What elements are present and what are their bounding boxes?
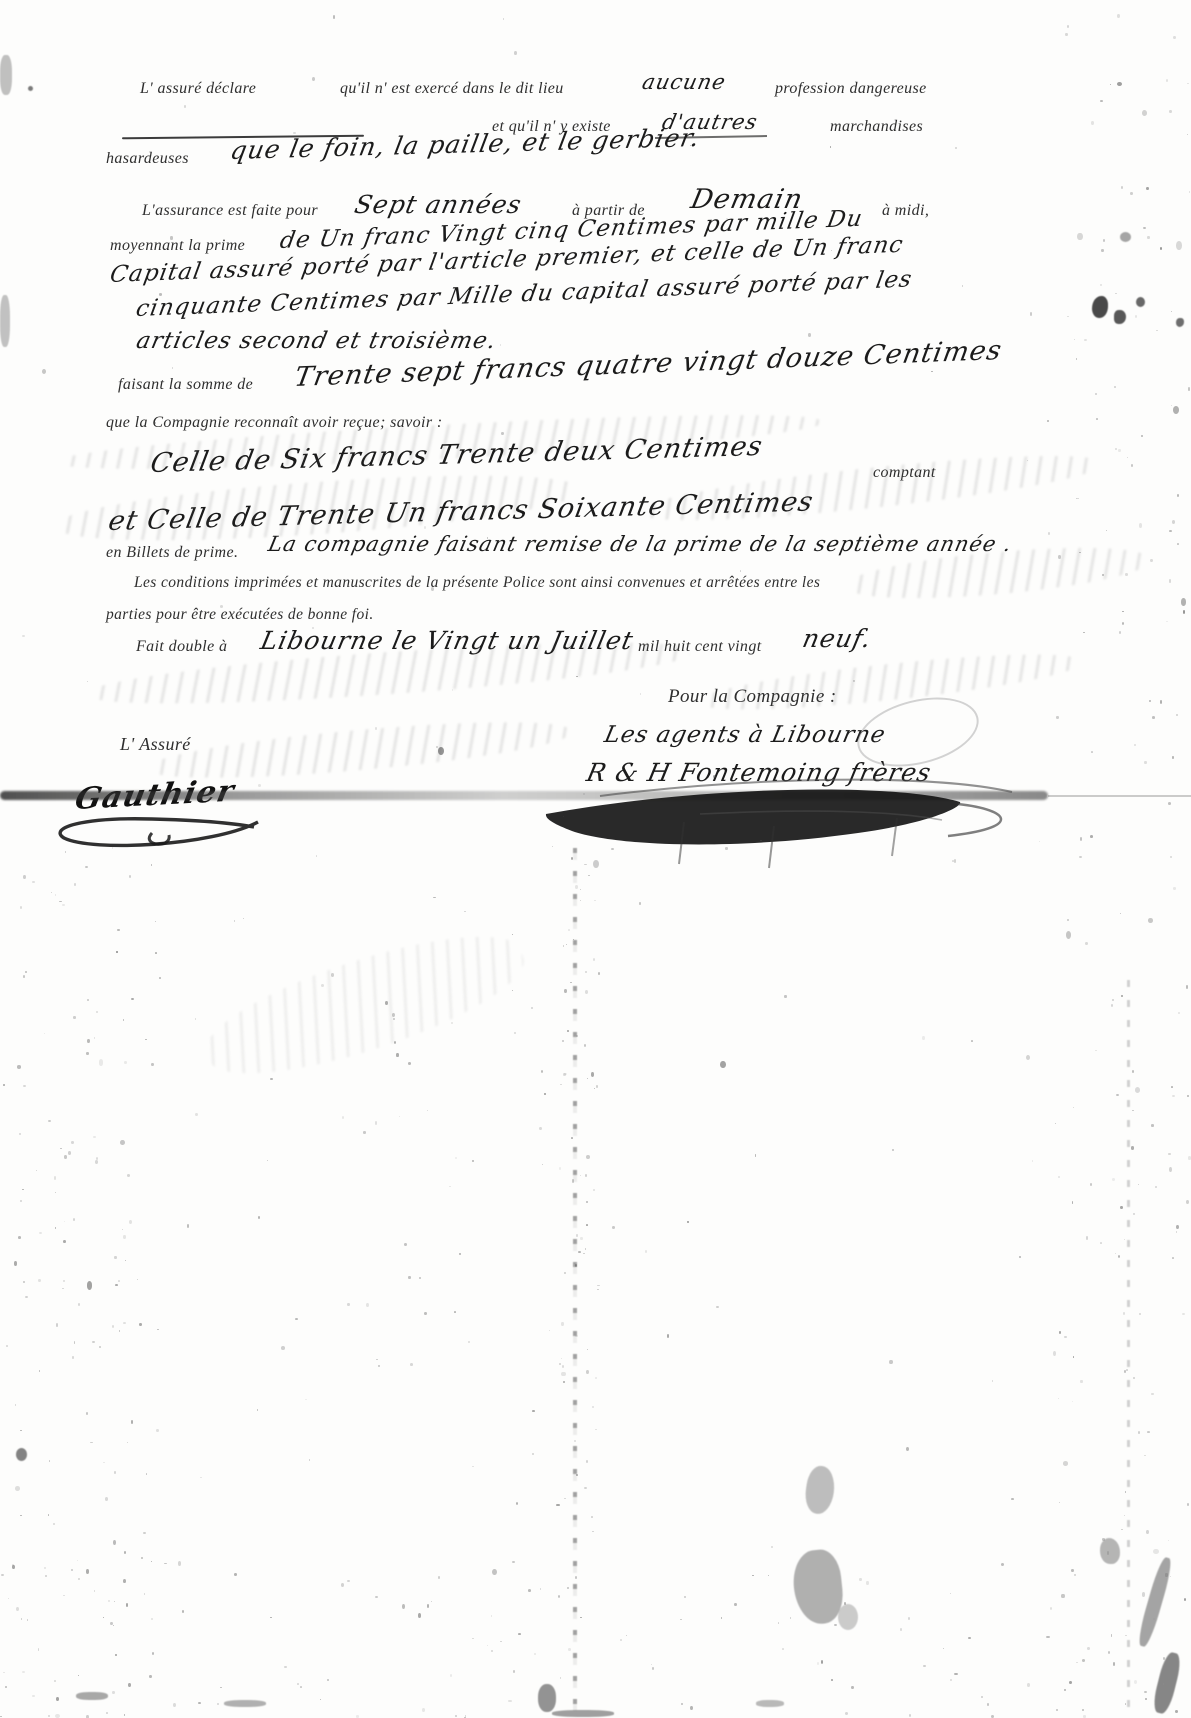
- speck: [687, 1221, 690, 1223]
- speck: [620, 1639, 622, 1641]
- ink-blot: [1136, 297, 1145, 307]
- vertical-fold-crease-right: [1127, 980, 1130, 1718]
- speck: [817, 1662, 819, 1665]
- speck: [1186, 1200, 1189, 1204]
- speck: [320, 1699, 321, 1700]
- speck: [145, 1039, 147, 1040]
- speck: [427, 1110, 428, 1111]
- speck: [106, 1712, 108, 1714]
- speck: [49, 1460, 50, 1462]
- speck: [1149, 700, 1151, 703]
- speck: [312, 77, 315, 81]
- speck: [63, 1595, 65, 1597]
- speck: [981, 1696, 983, 1698]
- speck: [63, 1240, 65, 1243]
- speck: [1059, 1331, 1061, 1333]
- speck: [1124, 1239, 1125, 1240]
- speck: [257, 1409, 258, 1410]
- speck: [667, 1334, 670, 1338]
- speck: [71, 1141, 74, 1144]
- speck: [92, 1341, 95, 1343]
- speck: [690, 1706, 693, 1710]
- speck: [143, 1532, 146, 1535]
- speck: [585, 1174, 587, 1176]
- speck: [48, 1715, 50, 1717]
- speck: [1187, 134, 1188, 135]
- speck: [155, 921, 156, 922]
- speck: [6, 1345, 8, 1347]
- speck: [86, 1052, 88, 1055]
- speck: [652, 1667, 654, 1669]
- speck: [94, 1590, 96, 1592]
- speck: [39, 1370, 40, 1372]
- speck: [1067, 316, 1069, 317]
- speck: [1091, 121, 1094, 125]
- speck: [120, 1140, 125, 1145]
- speck: [87, 1281, 93, 1290]
- speck: [105, 1497, 108, 1501]
- speck: [152, 1652, 154, 1655]
- speck: [1085, 942, 1088, 945]
- speck: [1187, 1095, 1189, 1097]
- speck: [1187, 83, 1189, 85]
- ink-blot: [1114, 310, 1126, 324]
- speck: [831, 1679, 833, 1681]
- speck: [1176, 1231, 1178, 1233]
- speck: [1113, 1662, 1116, 1666]
- speck: [184, 105, 186, 107]
- speck: [542, 1164, 543, 1166]
- speck: [716, 1306, 719, 1309]
- speck: [1063, 1461, 1069, 1465]
- speck: [22, 635, 25, 638]
- speck: [1056, 716, 1059, 718]
- speck: [681, 1703, 683, 1705]
- speck: [99, 1346, 100, 1348]
- speck: [123, 1235, 126, 1238]
- speck: [424, 1312, 427, 1316]
- printed-duration-1: L'assurance est faite pour: [142, 202, 318, 220]
- speck: [561, 1358, 562, 1359]
- speck: [375, 1121, 377, 1124]
- speck: [217, 1703, 219, 1705]
- speck: [187, 1224, 190, 1228]
- dark-streak: [1136, 1556, 1175, 1648]
- speck: [56, 1697, 59, 1701]
- speck: [1067, 919, 1068, 921]
- speck: [455, 1157, 457, 1159]
- speck: [1115, 293, 1117, 295]
- speck: [592, 1531, 593, 1533]
- speck: [923, 1665, 925, 1667]
- speck: [1101, 249, 1103, 252]
- speck: [77, 1560, 78, 1561]
- speck: [1160, 247, 1162, 250]
- speck: [503, 18, 504, 20]
- speck: [1112, 1178, 1115, 1181]
- speck: [487, 1645, 488, 1646]
- speck: [44, 1567, 47, 1569]
- speck: [68, 1151, 71, 1155]
- speck: [115, 1654, 117, 1656]
- speck: [25, 1296, 28, 1298]
- handwritten-duration: Sept années: [352, 190, 525, 219]
- speck: [270, 1078, 273, 1080]
- speck: [55, 1192, 57, 1193]
- speck: [512, 1561, 515, 1563]
- speck: [564, 989, 567, 993]
- speck: [139, 1323, 142, 1327]
- speck: [131, 998, 134, 1000]
- speck: [1186, 985, 1189, 989]
- speck: [1173, 887, 1176, 889]
- speck: [347, 1580, 349, 1582]
- speck: [651, 1664, 652, 1666]
- speck: [3, 1084, 5, 1086]
- scanned-document-page: L' assuré déclare qu'il n' est exercé da…: [0, 0, 1191, 1718]
- speck: [128, 1683, 131, 1687]
- speck: [1082, 1659, 1085, 1662]
- speck: [71, 1569, 74, 1572]
- speck: [563, 1073, 565, 1076]
- speck: [78, 1303, 80, 1305]
- speck: [1142, 1592, 1145, 1596]
- speck: [404, 1243, 407, 1246]
- speck: [584, 1487, 587, 1489]
- speck: [56, 1323, 58, 1326]
- speck: [1133, 1213, 1135, 1214]
- speck: [586, 1201, 588, 1204]
- speck: [595, 1429, 597, 1431]
- speck: [1175, 1710, 1178, 1713]
- speck: [376, 1359, 377, 1360]
- speck: [1095, 393, 1097, 395]
- speck: [427, 1604, 430, 1608]
- speck: [60, 1148, 62, 1149]
- speck: [114, 1601, 115, 1602]
- speck: [1115, 448, 1117, 450]
- printed-duration-3: à midi,: [882, 202, 929, 220]
- speck: [900, 1628, 902, 1631]
- speck: [1117, 82, 1122, 87]
- bottom-smudge: [538, 1684, 556, 1712]
- speck: [1119, 631, 1121, 634]
- speck: [528, 1589, 531, 1592]
- speck: [1073, 1107, 1074, 1108]
- speck: [1064, 1336, 1066, 1338]
- speck: [1168, 1540, 1169, 1541]
- speck: [72, 1356, 74, 1358]
- speck: [137, 1279, 138, 1281]
- speck: [1146, 1530, 1149, 1534]
- speck: [1074, 1574, 1077, 1576]
- speck: [1127, 457, 1128, 458]
- speck: [1176, 1225, 1179, 1229]
- printed-sum-label: faisant la somme de: [118, 376, 253, 394]
- speck: [0, 1716, 2, 1717]
- speck: [450, 1674, 452, 1677]
- speck: [518, 1633, 521, 1635]
- ink-blot: [1092, 296, 1108, 318]
- speck: [1153, 1549, 1159, 1555]
- speck: [108, 1600, 110, 1602]
- speck: [598, 972, 600, 975]
- speck: [564, 1073, 566, 1075]
- edge-smudge: [0, 295, 10, 347]
- speck: [491, 1650, 493, 1652]
- speck: [580, 900, 581, 901]
- printed-hasardeuses: hasardeuses: [106, 150, 189, 168]
- speck: [955, 147, 957, 149]
- speck: [198, 1702, 201, 1704]
- speck: [492, 1569, 497, 1575]
- speck: [127, 1442, 128, 1443]
- speck: [131, 1420, 133, 1424]
- speck: [1173, 36, 1176, 39]
- speck: [418, 1613, 421, 1618]
- edge-smudge: [0, 55, 12, 95]
- speck: [587, 1078, 588, 1079]
- speck: [1121, 186, 1123, 189]
- speck: [532, 1410, 534, 1412]
- speck: [48, 1514, 50, 1516]
- speck: [1083, 1715, 1086, 1717]
- speck: [124, 1061, 127, 1065]
- speck: [55, 1227, 56, 1229]
- speck: [87, 681, 88, 682]
- speck: [1067, 25, 1069, 28]
- speck: [451, 1022, 453, 1024]
- speck: [327, 1679, 329, 1680]
- speck: [558, 1595, 560, 1598]
- speck: [971, 1040, 973, 1042]
- speck: [1116, 1094, 1119, 1096]
- speck: [125, 1260, 127, 1261]
- speck: [968, 1637, 970, 1639]
- speck: [464, 911, 465, 912]
- speck: [540, 1588, 541, 1590]
- speck: [1122, 611, 1124, 613]
- speck: [1084, 339, 1087, 341]
- speck: [1170, 1576, 1171, 1577]
- speck: [472, 1638, 475, 1640]
- speck: [73, 1218, 75, 1221]
- speck: [103, 1462, 104, 1463]
- ink-blot: [1176, 318, 1184, 327]
- speck: [90, 1442, 93, 1444]
- speck: [1183, 610, 1185, 613]
- speck: [151, 1561, 152, 1562]
- speck: [721, 1617, 723, 1619]
- speck: [500, 344, 501, 346]
- speck: [1100, 284, 1101, 285]
- speck: [755, 1154, 757, 1156]
- handwritten-year: neuf.: [800, 624, 874, 653]
- speck: [1147, 1431, 1150, 1433]
- speck: [1026, 1055, 1030, 1060]
- speck: [790, 1617, 792, 1619]
- speck: [1172, 756, 1174, 758]
- speck: [305, 1399, 306, 1400]
- speck: [1187, 1503, 1190, 1506]
- speck: [38, 1648, 40, 1651]
- speck: [1115, 1253, 1116, 1254]
- speck: [1077, 498, 1079, 499]
- speck: [1130, 192, 1133, 195]
- speck: [560, 1084, 561, 1085]
- speck: [1121, 1529, 1123, 1530]
- speck: [512, 934, 513, 935]
- speck: [943, 1648, 944, 1649]
- speck: [1160, 700, 1163, 703]
- speck: [585, 1248, 586, 1250]
- speck: [516, 1502, 518, 1505]
- speck: [1169, 530, 1172, 532]
- speck: [514, 51, 517, 55]
- speck: [561, 1322, 563, 1325]
- speck: [20, 1200, 22, 1202]
- speck: [95, 1160, 98, 1164]
- speck: [25, 971, 28, 973]
- speck: [86, 1412, 88, 1415]
- speck: [1103, 239, 1105, 242]
- speck: [564, 1272, 566, 1275]
- speck: [1169, 579, 1172, 583]
- speck: [23, 1281, 25, 1283]
- speck: [585, 971, 587, 972]
- speck: [449, 1186, 451, 1187]
- speck: [151, 1618, 153, 1620]
- speck: [1001, 1563, 1004, 1566]
- speck: [1048, 532, 1050, 535]
- speck: [834, 1624, 837, 1626]
- speck: [584, 1044, 586, 1047]
- printed-declaration-intro: L' assuré déclare: [140, 80, 256, 98]
- speck: [1166, 621, 1168, 623]
- speck: [200, 1477, 202, 1478]
- speck: [1124, 1515, 1125, 1516]
- speck: [1142, 110, 1147, 116]
- speck: [1184, 1598, 1186, 1601]
- speck: [164, 1563, 166, 1564]
- speck: [151, 1063, 154, 1066]
- speck: [1027, 1683, 1030, 1687]
- speck: [123, 1579, 126, 1583]
- speck: [1131, 1146, 1135, 1150]
- speck: [468, 1341, 469, 1343]
- speck: [992, 1380, 994, 1382]
- speck: [281, 1346, 285, 1350]
- speck: [297, 1683, 300, 1685]
- speck: [39, 1232, 42, 1234]
- speck: [156, 1429, 159, 1432]
- printed-profession-dangereuse: profession dangereuse: [775, 80, 927, 98]
- speck: [559, 1167, 561, 1171]
- speck: [459, 1253, 461, 1254]
- speck: [559, 1363, 561, 1365]
- speck: [127, 1174, 130, 1177]
- speck: [1050, 1607, 1052, 1610]
- speck: [594, 1088, 595, 1089]
- speck: [110, 1622, 112, 1625]
- speck: [267, 1160, 268, 1162]
- speck: [1139, 1313, 1141, 1315]
- speck: [124, 1714, 126, 1716]
- printed-conditions-2: parties pour être exécutées de bonne foi…: [106, 606, 374, 624]
- speck: [22, 1189, 24, 1190]
- speck: [59, 901, 62, 903]
- speck: [20, 1515, 21, 1516]
- speck: [1076, 1662, 1078, 1663]
- speck: [500, 1641, 502, 1642]
- agents-line: Les agents à Libourne: [602, 722, 888, 748]
- speck: [1047, 420, 1049, 422]
- speck: [1172, 1257, 1174, 1259]
- speck: [21, 1618, 23, 1620]
- speck: [1032, 1160, 1033, 1162]
- speck: [1151, 1124, 1154, 1126]
- speck: [116, 951, 117, 952]
- speck: [115, 1284, 117, 1286]
- bottom-smudge: [76, 1692, 108, 1700]
- speck: [408, 1276, 410, 1279]
- speck: [149, 1675, 152, 1679]
- gray-stain: [803, 1464, 837, 1515]
- speck: [356, 1715, 359, 1717]
- speck: [465, 1715, 466, 1717]
- handwritten-premium-4: articles second et troisième.: [134, 328, 499, 354]
- speck: [5, 1686, 6, 1688]
- speck: [1132, 1070, 1134, 1073]
- speck: [1046, 1636, 1049, 1639]
- speck: [87, 999, 89, 1000]
- speck: [1064, 1689, 1065, 1690]
- speck: [866, 1581, 868, 1584]
- speck: [402, 1604, 405, 1609]
- speck: [1118, 1255, 1120, 1258]
- speck: [1138, 1431, 1140, 1434]
- speck: [1171, 311, 1172, 312]
- speck: [113, 1625, 114, 1626]
- speck: [680, 1619, 681, 1620]
- speck: [1011, 1498, 1013, 1500]
- speck: [1058, 1398, 1059, 1399]
- speck: [172, 367, 173, 368]
- speck: [1118, 449, 1121, 453]
- speck: [123, 1019, 124, 1021]
- speck: [892, 1149, 894, 1151]
- speck: [1134, 1680, 1137, 1684]
- speck: [1058, 1176, 1060, 1178]
- speck: [270, 1617, 272, 1618]
- speck: [1019, 1256, 1021, 1258]
- speck: [410, 1363, 414, 1366]
- speck: [1076, 498, 1077, 499]
- speck: [1087, 1647, 1090, 1650]
- speck: [1182, 1313, 1184, 1315]
- speck: [596, 1085, 598, 1087]
- speck: [1151, 1393, 1153, 1396]
- speck: [909, 1714, 911, 1717]
- speck: [455, 1715, 457, 1717]
- speck: [1071, 1569, 1074, 1573]
- speck: [45, 1575, 47, 1578]
- speck: [594, 900, 596, 901]
- speck: [17, 1065, 21, 1068]
- speck: [1061, 1594, 1064, 1599]
- printed-declaration-no-profession: qu'il n' est exercé dans le dit lieu: [340, 80, 564, 98]
- speck: [830, 146, 832, 147]
